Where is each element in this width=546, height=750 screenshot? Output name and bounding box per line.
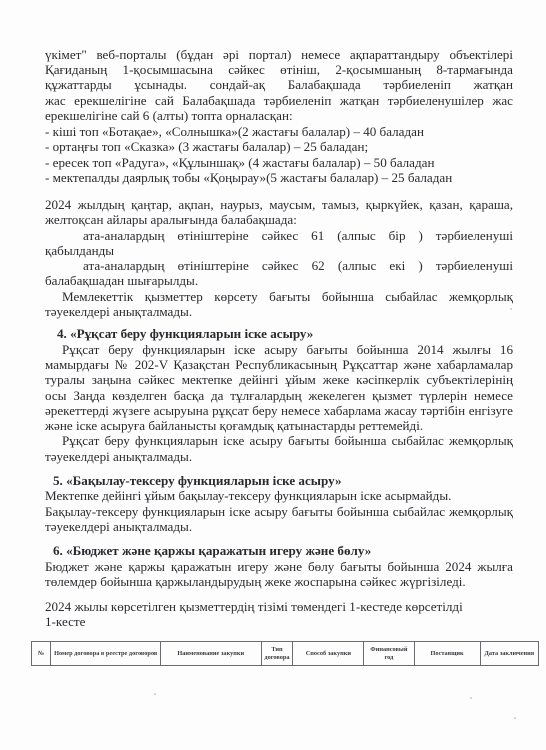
col-header-contract-number: Номер договора в реестре договоров <box>51 642 161 666</box>
intro-line: Қағиданың 1-қосымшасына сәйкес өтініш, 2… <box>45 62 513 77</box>
col-header-date: Дата заключения <box>480 642 538 666</box>
col-header-purchase-method: Способ закупки <box>293 642 364 666</box>
section-6-line: төлемдер бойынша қаржыландырудың жеке жо… <box>45 574 513 589</box>
group-list-item: - кіші топ «Ботақае», «Солнышка»(2 жаста… <box>45 124 513 139</box>
intro-line: ерекшелігіне сай 6 (алты) топта орналасқ… <box>45 108 513 123</box>
section-4-line: осы Заңда көзделген басқа да тұлғалардың… <box>45 388 513 403</box>
section-6-line: Бюджет және қаржы қаражатын игеру және б… <box>45 559 513 574</box>
enrollment-line: ата-аналардың өтініштеріне сәйкес 61 (ал… <box>83 228 513 243</box>
group-list-item: - мектепалды даярлық тобы «Қоңырау»(5 жа… <box>45 170 513 185</box>
scan-speck <box>514 717 516 719</box>
group-list-item: - ересек топ «Радуга», «Құлыншақ» (4 жас… <box>45 155 513 170</box>
section-4-line: және іске асыруға байланысты қоғамдық қа… <box>45 418 513 433</box>
col-header-fiscal-year: Финансовый год <box>364 642 414 666</box>
table-intro: 2024 жылы көрсетілген қызметтердің тізім… <box>45 599 513 614</box>
intro-line: үкімет" веб-порталы (бұдан әрі портал) н… <box>45 47 513 62</box>
enrollment-line: балабақшадан шығарылды. <box>45 273 513 288</box>
section-4-line: әрекеттерді жүзеге асыруына рұқсат беру … <box>45 403 513 418</box>
section-5-line: Бақылау-тексеру функцияларын іске асыру … <box>45 504 513 519</box>
section-5-line: Мектепке дейінгі ұйым бақылау-тексеру фу… <box>45 488 513 503</box>
section-4-line: мамырдағы № 202-V Қазақстан Республикасы… <box>45 357 513 372</box>
scan-speck <box>470 697 472 699</box>
enrollment-line: ата-аналардың өтініштеріне сәйкес 62 (ал… <box>83 258 513 273</box>
enrollment-line: желтоқсан айлары аралығында балабақшада: <box>45 212 513 227</box>
intro-line: құжаттарды ұсынады. сондай-ақ Балабақшад… <box>45 77 513 92</box>
col-header-purchase-name: Наименование закупки <box>161 642 261 666</box>
section-4-line: тәуекелдері анықталмады. <box>45 449 513 464</box>
col-header-number: № <box>32 642 51 666</box>
table-caption: 1-кесте <box>45 614 513 629</box>
section-4-line: Рұқсат беру функцияларын іске асыру бағы… <box>62 342 513 357</box>
intro-line: жас ерекшелігіне сай Балабақшада тәрбиел… <box>45 93 513 108</box>
group-list-item: - ортаңғы топ «Сказка» (3 жастағы балала… <box>45 139 513 154</box>
enrollment-line: 2024 жылдың қаңтар, ақпан, наурыз, маусы… <box>45 197 513 212</box>
contracts-table: № Номер договора в реестре договоров Наи… <box>31 641 539 666</box>
col-header-contract-type: Тип договора <box>261 642 293 666</box>
section-6-heading: 6. «Бюджет және қаржы қаражатын игеру жә… <box>53 543 521 558</box>
section-4-line: Рұқсат беру функцияларын іске асыру бағы… <box>62 433 513 448</box>
col-header-supplier: Поставщик <box>414 642 480 666</box>
section-5-heading: 5. «Бақылау-тексеру функцияларын іске ас… <box>53 473 521 488</box>
document-page: үкімет" веб-порталы (бұдан әрі портал) н… <box>0 0 546 750</box>
section-4-line: туралы заңына сәйкес мектепке дейінгі ұй… <box>45 372 513 387</box>
scan-speck <box>510 308 512 310</box>
table-header-row: № Номер договора в реестре договоров Наи… <box>32 642 539 666</box>
section-5-line: тәуекелдері анықталмады. <box>45 519 513 534</box>
enrollment-line: қабылданды <box>45 243 513 258</box>
scan-speck <box>154 693 156 695</box>
enrollment-line: Мемлекеттік қызметтер көрсету бағыты бой… <box>62 289 513 304</box>
section-4-heading: 4. «Рұқсат беру функцияларын іске асыру» <box>57 326 525 341</box>
enrollment-line: тәуекелдері анықталмады. <box>45 304 513 319</box>
